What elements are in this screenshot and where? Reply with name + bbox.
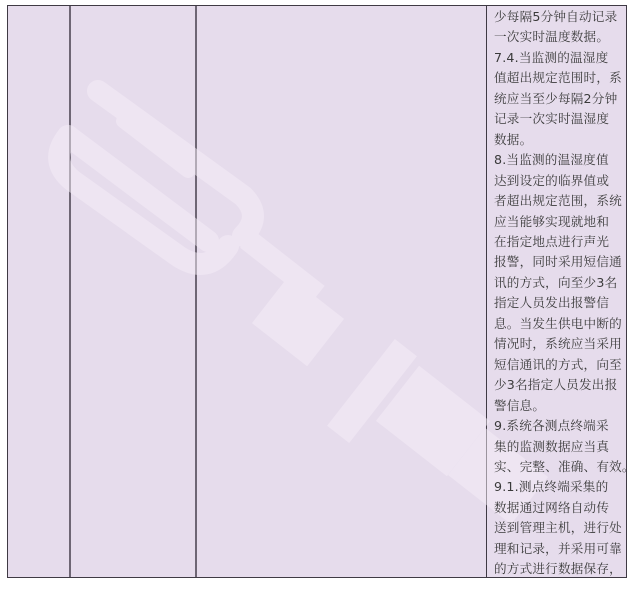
text-line: 统应当至少每隔2分钟 [494, 89, 627, 109]
text-line: 者超出规定范围，系统 [494, 191, 627, 211]
text-line: 达到设定的临界值或 [494, 171, 627, 191]
requirements-cell: 少每隔5分钟自动记录 一次实时温度数据。 7.4.当监测的温湿度 值超出规定范围… [489, 6, 627, 580]
column-divider-2 [195, 6, 197, 577]
text-line: 值超出规定范围时，系 [494, 68, 627, 88]
text-line: 集的监测数据应当真 [494, 437, 627, 457]
text-line: 在指定地点进行声光 [494, 232, 627, 252]
text-line: 8.当监测的温湿度值 [494, 150, 627, 170]
logo-watermark-icon [28, 66, 568, 526]
text-line: 一次实时温度数据。 [494, 27, 627, 47]
text-line: 送到管理主机，进行处 [494, 518, 627, 538]
text-line: 讯的方式，向至少3名 [494, 273, 627, 293]
text-line: 的方式进行数据保存， [494, 559, 627, 579]
document-table: 少每隔5分钟自动记录 一次实时温度数据。 7.4.当监测的温湿度 值超出规定范围… [7, 5, 627, 578]
text-line: 9.1.测点终端采集的 [494, 477, 627, 497]
text-line: 记录一次实时温湿度 [494, 109, 627, 129]
text-line: 短信通讯的方式，向至 [494, 355, 627, 375]
text-line: 警信息。 [494, 396, 627, 416]
text-line: 应当能够实现就地和 [494, 212, 627, 232]
text-line: 情况时，系统应当采用 [494, 334, 627, 354]
text-line: 息。当发生供电中断的 [494, 314, 627, 334]
text-line: 数据。 [494, 130, 627, 150]
text-line: 少每隔5分钟自动记录 [494, 7, 627, 27]
text-line: 报警，同时采用短信通 [494, 252, 627, 272]
text-line: 9.系统各测点终端采 [494, 416, 627, 436]
column-divider-3 [486, 6, 487, 577]
text-line: 指定人员发出报警信 [494, 293, 627, 313]
text-line: 少3名指定人员发出报 [494, 375, 627, 395]
column-divider-1 [69, 6, 71, 577]
text-line: 数据通过网络自动传 [494, 498, 627, 518]
text-line: 实、完整、准确、有效。 [494, 457, 627, 477]
text-line: 理和记录，并采用可靠 [494, 539, 627, 559]
text-line: 7.4.当监测的温湿度 [494, 48, 627, 68]
